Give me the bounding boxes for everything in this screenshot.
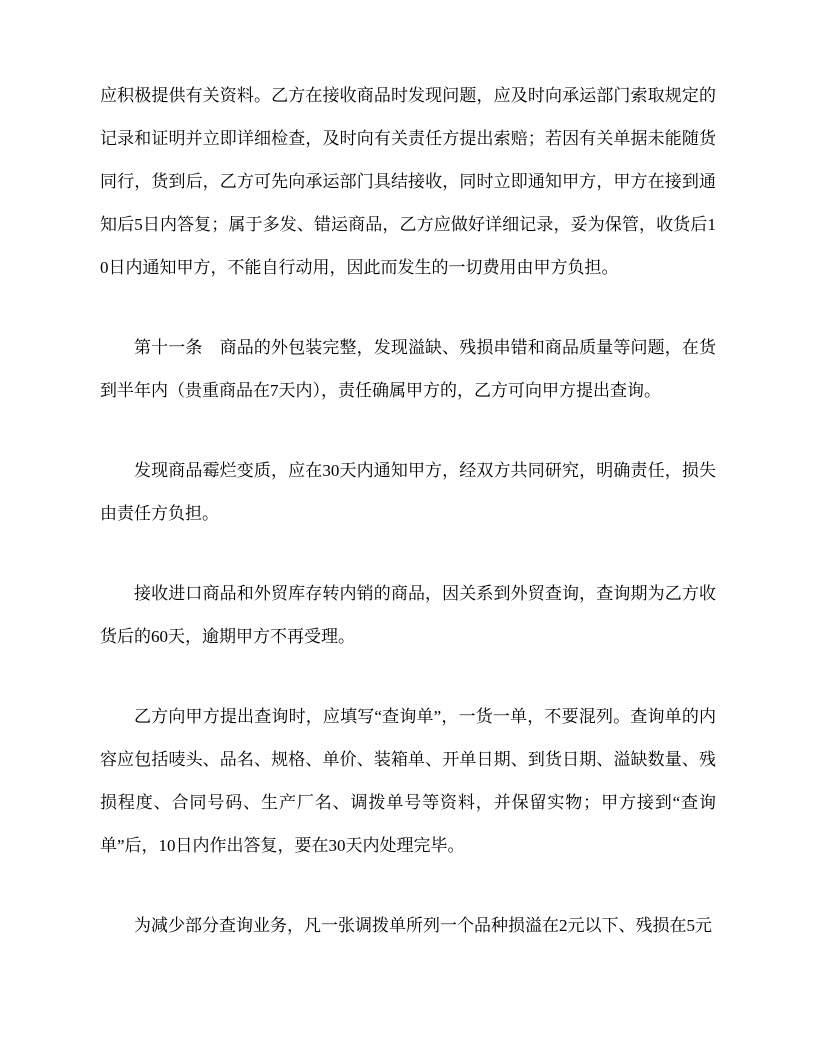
document-body-text: 应积极提供有关资料。乙方在接收商品时发现问题，应及时向承运部门索取规定的记录和证… bbox=[100, 74, 716, 984]
paragraph-article-11: 第十一条 商品的外包装完整，发现溢缺、残损串错和商品质量等问题，在货到半年内（贵… bbox=[100, 326, 716, 412]
document-page: 应积极提供有关资料。乙方在接收商品时发现问题，应及时向承运部门索取规定的记录和证… bbox=[0, 0, 816, 1056]
paragraph-mildew-spoilage: 发现商品霉烂变质，应在30天内通知甲方，经双方共同研究，明确责任，损失由责任方负… bbox=[100, 449, 716, 535]
paragraph-receiving-claims: 应积极提供有关资料。乙方在接收商品时发现问题，应及时向承运部门索取规定的记录和证… bbox=[100, 74, 716, 289]
paragraph-import-goods-inquiry: 接收进口商品和外贸库存转内销的商品，因关系到外贸查询，查询期为乙方收货后的60天… bbox=[100, 572, 716, 658]
paragraph-inquiry-form: 乙方向甲方提出查询时，应填写“查询单”，一货一单，不要混列。查询单的内容应包括唛… bbox=[100, 695, 716, 867]
paragraph-reduce-inquiries: 为减少部分查询业务，凡一张调拨单所列一个品种损溢在2元以下、残损在5元 bbox=[100, 904, 716, 947]
